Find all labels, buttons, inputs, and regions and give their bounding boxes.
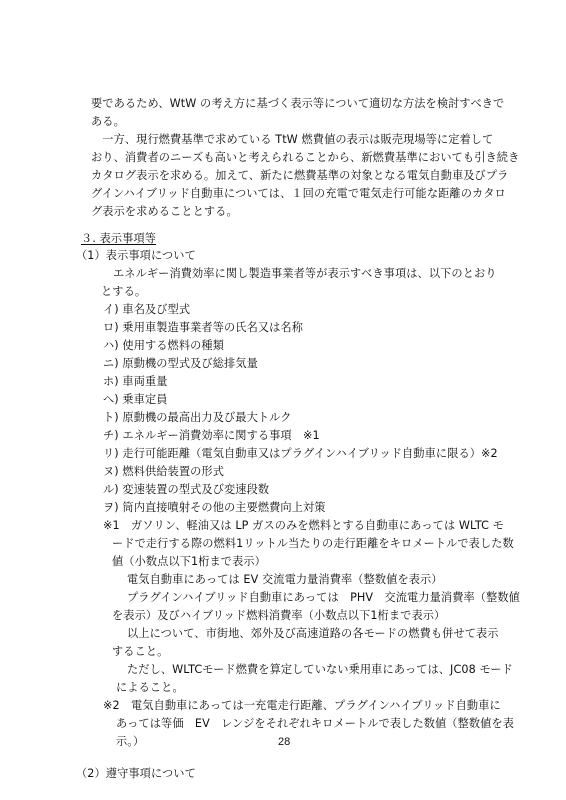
text-line: によること。 xyxy=(116,680,184,696)
text-line: 要であるため、WtW の考え方に基づく表示等について適切な方法を検討すべきで xyxy=(91,96,504,112)
list-item: ニ) 原動機の型式及び総排気量 xyxy=(103,356,258,372)
list-item: ヲ) 筒内直接噴射その他の主要燃費向上対策 xyxy=(103,500,326,516)
subsection-heading: （2）遵守事項について xyxy=(76,766,196,782)
list-item: ル) 変速装置の型式及び変速段数 xyxy=(103,482,269,498)
text-line: 以上について、市街地、郊外及び高速道路の各モードの燃費も併せて表示 xyxy=(127,626,499,642)
text-line: ードで走行する際の燃料1リットル当たりの走行距離をキロメートルで表した数 xyxy=(112,536,514,552)
text-line: グ表示を求めることとする。 xyxy=(91,204,238,220)
text-line: とする。 xyxy=(101,284,146,300)
list-item: イ) 車名及び型式 xyxy=(103,302,190,318)
text-line: を表示）及びハイブリッド燃料消費率（小数点以下1桁まで表示） xyxy=(112,608,445,624)
text-line: 値（小数点以下1桁まで表示） xyxy=(112,554,266,570)
list-item: リ) 走行可能距離（電気自動車又はプラグインハイブリッド自動車に限る）※2 xyxy=(103,446,498,462)
list-item: チ) エネルギー消費効率に関する事項 ※1 xyxy=(103,428,320,444)
text-line: 電気自動車にあっては EV 交流電力量消費率（整数値を表示） xyxy=(127,572,443,588)
list-item: ロ) 乗用車製造事業者等の氏名又は名称 xyxy=(103,320,303,336)
text-line: プラグインハイブリッド自動車にあっては PHV 交流電力量消費率（整数値 xyxy=(127,590,520,606)
text-line: ただし、WLTCモード燃費を算定していない乗用車にあっては、JC08 モード xyxy=(127,662,513,678)
list-item: ホ) 車両重量 xyxy=(103,374,168,390)
text-line: グインハイブリッド自動車については、１回の充電で電気走行可能な距離のカタロ xyxy=(91,186,506,202)
text-line: すること。 xyxy=(112,644,168,660)
text-line: ※1 ガソリン、軽油又は LP ガスのみを燃料とする自動車にあっては WLTC … xyxy=(103,518,504,534)
text-line: おり、消費者のニーズも高いと考えられることから、新燃費基準においても引き続き xyxy=(91,150,519,166)
subsection-heading: （1）表示事項について xyxy=(76,248,196,264)
text-line: エネルギー消費効率に関し製造事業者等が表示すべき事項は、以下のとおり xyxy=(113,266,497,282)
list-item: ト) 原動機の最高出力及び最大トルク xyxy=(103,410,292,426)
text-line: 一方、現行燃費基準で求めている TtW 燃費値の表示は販売現場等に定着して xyxy=(91,132,493,148)
page-number: 28 xyxy=(278,736,290,748)
text-line: ある。 xyxy=(91,114,125,130)
text-line: ※2 電気自動車にあっては一充電走行距離、プラグインハイブリッド自動車に xyxy=(103,698,501,714)
text-line: 示。） xyxy=(116,734,144,750)
list-item: へ) 乗車定員 xyxy=(103,392,168,408)
list-item: ヌ) 燃料供給装置の形式 xyxy=(103,464,224,480)
text-line: カタログ表示を求める。加えて、新たに燃費基準の対象となる電気自動車及びプラ xyxy=(91,168,508,184)
text-line: あっては等価 EV レンジをそれぞれキロメートルで表した数値（整数値を表 xyxy=(116,716,514,732)
section-heading: ３. 表示事項等 xyxy=(81,231,156,247)
list-item: ハ) 使用する燃料の種類 xyxy=(103,338,224,354)
document-page: 要であるため、WtW の考え方に基づく表示等について適切な方法を検討すべきで あ… xyxy=(0,0,566,800)
